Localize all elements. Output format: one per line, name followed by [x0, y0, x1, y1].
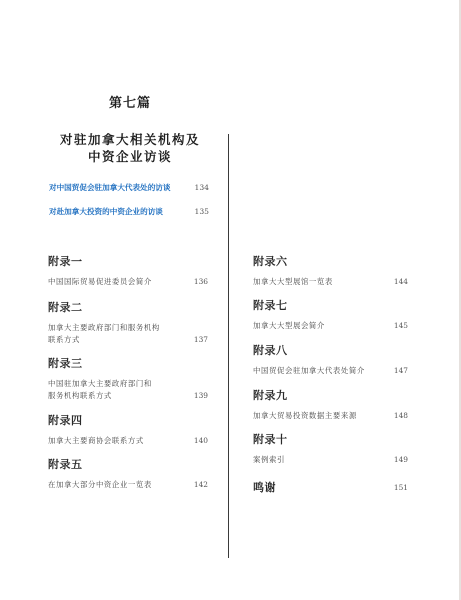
- page-number: 137: [194, 334, 208, 346]
- page-number: 142: [194, 479, 208, 491]
- column-divider: [228, 134, 229, 558]
- entry-label: 加拿大主要商协会联系方式: [48, 435, 144, 447]
- entry-label: 中国国际贸易促进委员会简介: [48, 276, 152, 288]
- appendix-heading: 附录七: [253, 299, 408, 313]
- appendix-heading: 附录五: [48, 458, 208, 472]
- entry-label: 在加拿大部分中资企业一览表: [48, 479, 152, 491]
- entry-label: 加拿大大型展会简介: [253, 320, 325, 332]
- toc-entry[interactable]: 中国贸促会驻加拿大代表处简介 147: [253, 365, 408, 377]
- toc-page: 第七篇 对驻加拿大相关机构及 中资企业访谈 对中国贸促会驻加拿大代表处的访谈 1…: [0, 0, 459, 600]
- appendix-heading: 附录二: [48, 301, 208, 315]
- toc-entry[interactable]: 加拿大大型展会简介 145: [253, 320, 408, 332]
- toc-appendix-2[interactable]: 附录二 加拿大主要政府部门和服务机构 联系方式 137: [48, 301, 208, 346]
- entry-label: 加拿大大型展馆一览表: [253, 276, 333, 288]
- toc-appendix-7[interactable]: 附录七 加拿大大型展会简介 145: [253, 299, 408, 332]
- page-number: 148: [394, 410, 408, 422]
- entry-label: 中国贸促会驻加拿大代表处简介: [253, 365, 365, 377]
- toc-link-label[interactable]: 对中国贸促会驻加拿大代表处的访谈: [49, 182, 171, 193]
- entry-label: 案例索引: [253, 454, 285, 466]
- appendix-heading: 附录三: [48, 357, 208, 371]
- page-number: 144: [394, 276, 408, 288]
- toc-link-interview-chinese-enterprises[interactable]: 对赴加拿大投资的中资企业的访谈 135: [49, 205, 209, 217]
- toc-link-label[interactable]: 对赴加拿大投资的中资企业的访谈: [49, 206, 163, 217]
- section-title: 对驻加拿大相关机构及 中资企业访谈: [40, 131, 220, 165]
- toc-entry[interactable]: 加拿大贸易投资数据主要来源 148: [253, 410, 408, 422]
- toc-appendix-10[interactable]: 附录十 案例索引 149: [253, 433, 408, 466]
- page-number: 147: [394, 365, 408, 377]
- toc-entry[interactable]: 中国国际贸易促进委员会简介 136: [48, 276, 208, 288]
- toc-entry[interactable]: 鸣谢 151: [253, 481, 408, 495]
- toc-link-interview-ccpit-canada[interactable]: 对中国贸促会驻加拿大代表处的访谈 134: [49, 181, 209, 193]
- page-number: 135: [195, 207, 210, 216]
- page-number: 136: [194, 276, 208, 288]
- appendix-heading: 附录一: [48, 255, 208, 269]
- entry-label: 加拿大贸易投资数据主要来源: [253, 410, 357, 422]
- toc-entry[interactable]: 加拿大主要政府部门和服务机构 联系方式 137: [48, 322, 208, 346]
- appendix-heading: 附录六: [253, 255, 408, 269]
- toc-appendix-8[interactable]: 附录八 中国贸促会驻加拿大代表处简介 147: [253, 344, 408, 377]
- page-number: 145: [394, 320, 408, 332]
- entry-label: 中国驻加拿大主要政府部门和 服务机构联系方式: [48, 378, 152, 402]
- toc-entry[interactable]: 加拿大主要商协会联系方式 140: [48, 435, 208, 447]
- appendix-heading: 附录八: [253, 344, 408, 358]
- appendix-heading: 附录十: [253, 433, 408, 447]
- page-number: 139: [194, 390, 208, 402]
- page-number: 151: [394, 482, 408, 494]
- entry-label: 加拿大主要政府部门和服务机构 联系方式: [48, 322, 160, 346]
- toc-entry[interactable]: 加拿大大型展馆一览表 144: [253, 276, 408, 288]
- appendix-heading: 附录四: [48, 414, 208, 428]
- toc-entry[interactable]: 中国驻加拿大主要政府部门和 服务机构联系方式 139: [48, 378, 208, 402]
- toc-appendix-4[interactable]: 附录四 加拿大主要商协会联系方式 140: [48, 414, 208, 447]
- toc-appendix-9[interactable]: 附录九 加拿大贸易投资数据主要来源 148: [253, 389, 408, 422]
- page-number: 134: [195, 183, 210, 192]
- part-title: 第七篇: [40, 92, 220, 111]
- page-number: 140: [194, 435, 208, 447]
- toc-appendix-5[interactable]: 附录五 在加拿大部分中资企业一览表 142: [48, 458, 208, 491]
- toc-acknowledgements[interactable]: 鸣谢 151: [253, 481, 408, 495]
- section-title-line-1: 对驻加拿大相关机构及: [40, 131, 220, 148]
- section-title-line-2: 中资企业访谈: [40, 148, 220, 165]
- toc-appendix-3[interactable]: 附录三 中国驻加拿大主要政府部门和 服务机构联系方式 139: [48, 357, 208, 402]
- toc-appendix-1[interactable]: 附录一 中国国际贸易促进委员会简介 136: [48, 255, 208, 288]
- acknowledgements-heading: 鸣谢: [253, 481, 276, 495]
- page-number: 149: [394, 454, 408, 466]
- toc-entry[interactable]: 在加拿大部分中资企业一览表 142: [48, 479, 208, 491]
- toc-entry[interactable]: 案例索引 149: [253, 454, 408, 466]
- appendix-heading: 附录九: [253, 389, 408, 403]
- toc-appendix-6[interactable]: 附录六 加拿大大型展馆一览表 144: [253, 255, 408, 288]
